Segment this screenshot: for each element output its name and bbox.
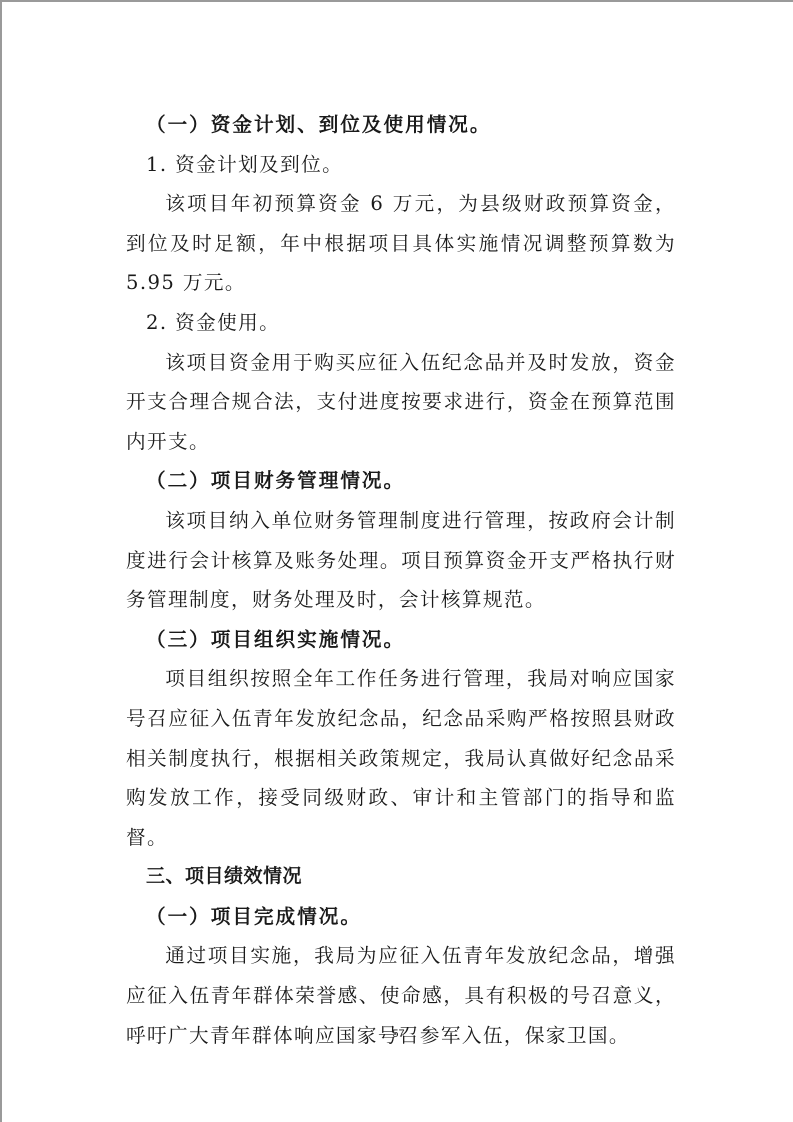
heading-funds-plan: （一）资金计划、到位及使用情况。 [126, 105, 676, 145]
heading-performance: 三、项目绩效情况 [126, 857, 676, 897]
paragraph-funds-arrival: 该项目年初预算资金 6 万元，为县级财政预算资金，到位及时足额，年中根据项目具体… [126, 184, 676, 303]
paragraph-funds-use: 该项目资金用于购买应征入伍纪念品并及时发放，资金开支合理合规合法，支付进度按要求… [126, 343, 676, 462]
document-page: （一）资金计划、到位及使用情况。 1. 资金计划及到位。 该项目年初预算资金 6… [126, 105, 676, 1055]
paragraph-organization: 项目组织按照全年工作任务进行管理，我局对响应国家号召应征入伍青年发放纪念品，纪念… [126, 659, 676, 857]
heading-financial-management: （二）项目财务管理情况。 [126, 461, 676, 501]
heading-completion: （一）项目完成情况。 [126, 897, 676, 937]
subheading-funds-arrival: 1. 资金计划及到位。 [126, 145, 676, 185]
paragraph-financial-management: 该项目纳入单位财务管理制度进行管理，按政府会计制度进行会计核算及账务处理。项目预… [126, 501, 676, 620]
heading-organization: （三）项目组织实施情况。 [126, 620, 676, 660]
page-number: 57 [2, 1028, 793, 1040]
subheading-funds-use: 2. 资金使用。 [126, 303, 676, 343]
